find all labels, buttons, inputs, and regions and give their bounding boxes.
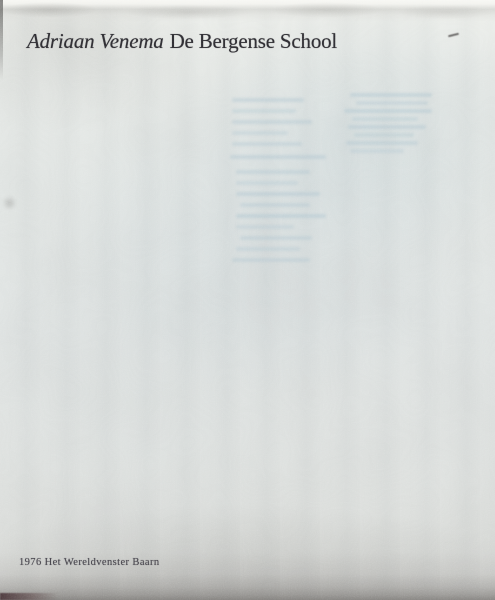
photo-vignette xyxy=(0,0,495,600)
book-title-page-photo: Adriaan VenemaDe Bergense School 1976 He… xyxy=(0,0,495,600)
